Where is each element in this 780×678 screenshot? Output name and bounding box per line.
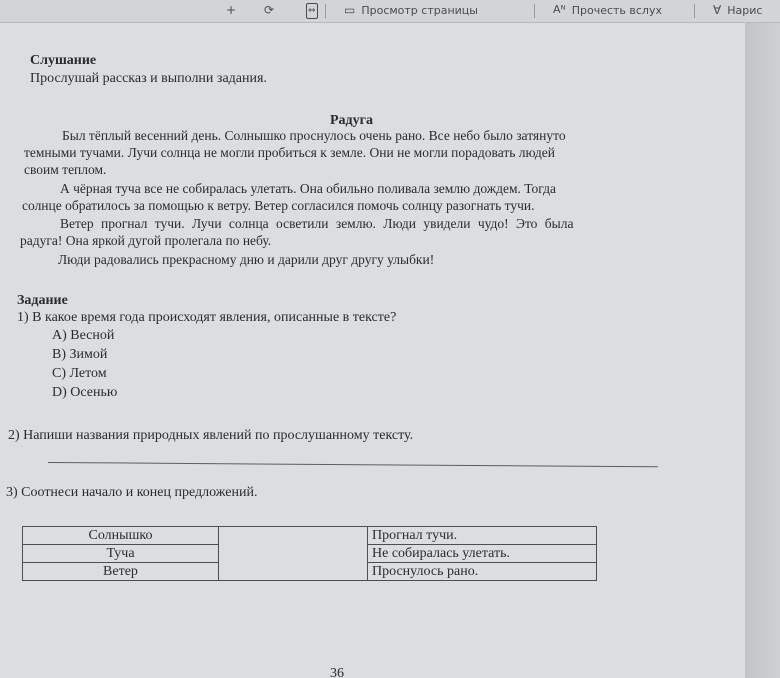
plus-icon: + xyxy=(226,3,236,17)
page-view-button[interactable]: ▭ Просмотр страницы xyxy=(344,3,478,17)
blank-cell xyxy=(219,527,368,581)
story-line: солнце обратилось за помощью к ветру. Ве… xyxy=(22,197,535,214)
question-1: 1) В какое время года происходят явления… xyxy=(17,310,396,326)
left-cell[interactable]: Ветер xyxy=(23,563,219,581)
left-cell[interactable]: Солнышко xyxy=(23,527,219,545)
draw-icon: ∀ xyxy=(713,3,721,17)
page-view-icon: ▭ xyxy=(344,3,355,17)
matching-table: Солнышко Прогнал тучи. Туча Не собиралас… xyxy=(22,526,597,581)
story-line: А чёрная туча все не собиралась улетать.… xyxy=(60,180,556,197)
page-view-label: Просмотр страницы xyxy=(361,4,478,17)
page-edge xyxy=(745,23,780,678)
answer-line[interactable] xyxy=(48,462,658,467)
right-cell[interactable]: Не собиралась улетать. xyxy=(368,545,597,563)
reader-toolbar: + ⟳ ⇔ ▭ Просмотр страницы Aᴺ Прочесть вс… xyxy=(0,0,780,23)
story-line: радуга! Она яркой дугой пролегала по неб… xyxy=(20,232,271,249)
toolbar-divider xyxy=(694,4,695,18)
right-cell[interactable]: Прогнал тучи. xyxy=(368,527,597,545)
toolbar-divider xyxy=(325,4,326,18)
table-row: Солнышко Прогнал тучи. xyxy=(23,527,597,545)
section-title: Слушание xyxy=(30,53,96,69)
left-cell[interactable]: Туча xyxy=(23,545,219,563)
toolbar-divider xyxy=(534,4,535,18)
story-line: Люди радовались прекрасному дню и дарили… xyxy=(58,251,434,268)
read-aloud-label: Прочесть вслух xyxy=(572,4,662,17)
task-heading: Задание xyxy=(17,293,68,309)
zoom-in-button[interactable]: + xyxy=(226,3,236,17)
read-aloud-icon: Aᴺ xyxy=(553,3,566,17)
option-c[interactable]: C) Летом xyxy=(52,366,107,382)
story-line: Был тёплый весенний день. Солнышко просн… xyxy=(62,127,566,144)
rotate-button[interactable]: ⟳ xyxy=(264,3,274,17)
story-line: Ветер прогнал тучи. Лучи солнца осветили… xyxy=(60,215,573,232)
story-line: своим теплом. xyxy=(24,161,106,178)
draw-label: Нарис xyxy=(727,4,762,17)
question-3: 3) Соотнеси начало и конец предложений. xyxy=(6,485,257,501)
fit-width-icon: ⇔ xyxy=(306,3,318,19)
document-page: Слушание Прослушай рассказ и выполни зад… xyxy=(0,23,745,678)
option-d[interactable]: D) Осенью xyxy=(52,385,117,401)
page-number: 36 xyxy=(330,666,344,678)
draw-button[interactable]: ∀ Нарис xyxy=(713,3,762,17)
story-line: темными тучами. Лучи солнца не могли про… xyxy=(24,144,555,161)
right-cell[interactable]: Проснулось рано. xyxy=(368,563,597,581)
fit-width-button[interactable]: ⇔ xyxy=(306,3,318,19)
option-a[interactable]: A) Весной xyxy=(52,328,114,344)
question-2: 2) Напиши названия природных явлений по … xyxy=(8,428,413,444)
option-b[interactable]: B) Зимой xyxy=(52,347,107,363)
read-aloud-button[interactable]: Aᴺ Прочесть вслух xyxy=(553,3,662,17)
rotate-icon: ⟳ xyxy=(264,3,274,17)
instruction-text: Прослушай рассказ и выполни задания. xyxy=(30,71,267,87)
